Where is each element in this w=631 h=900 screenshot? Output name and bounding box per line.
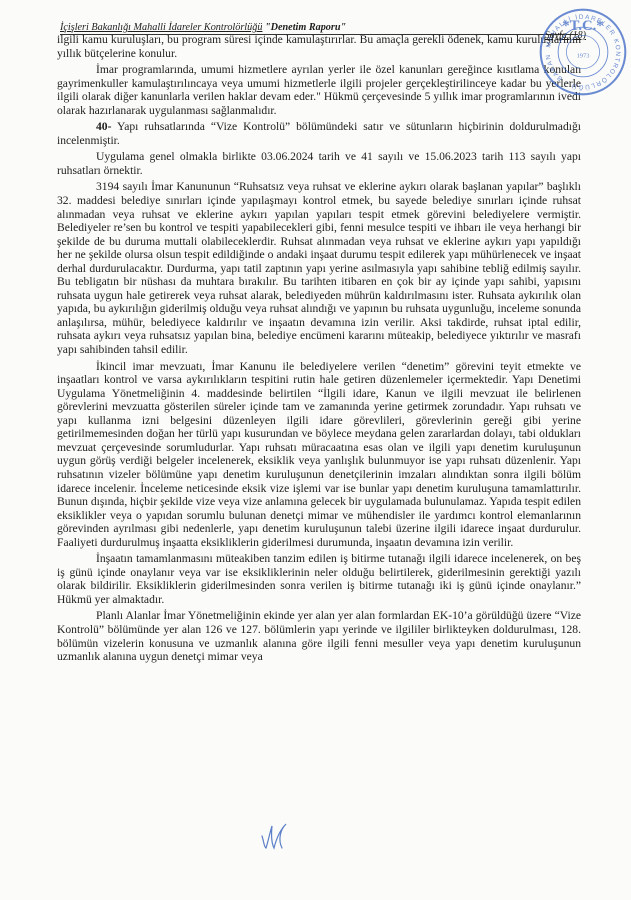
paragraph: İmar programlarında, umumi hizmetlere ay… bbox=[57, 63, 581, 117]
paragraph: ilgili kamu kuruluşları, bu program süre… bbox=[57, 33, 581, 60]
official-stamp-icon: *T.C.* MAHALLİ İDARELER KONTROLÖRLÜĞÜ · … bbox=[537, 6, 629, 98]
paragraph: İnşaatın tamamlanmasını müteakiben tanzi… bbox=[57, 552, 581, 606]
item-text: Yapı ruhsatlarında “Vize Kontrolü” bölüm… bbox=[57, 120, 581, 147]
header-report-title: "Denetim Raporu" bbox=[265, 22, 346, 33]
paragraph: 3194 sayılı İmar Kanununun “Ruhsatsız ve… bbox=[57, 180, 581, 356]
signature-icon bbox=[258, 820, 298, 850]
paragraph-item-40: 40- Yapı ruhsatlarında “Vize Kontrolü” b… bbox=[57, 120, 581, 147]
paragraph: Planlı Alanlar İmar Yönetmeliğinin ekind… bbox=[57, 609, 581, 663]
item-number: 40- bbox=[96, 120, 111, 133]
document-page: İçişleri Bakanlığı Mahalli İdareler Kont… bbox=[0, 0, 631, 900]
header-ministry: İçişleri Bakanlığı Mahalli İdareler Kont… bbox=[60, 22, 262, 33]
svg-text:1973: 1973 bbox=[577, 53, 590, 60]
paragraph: İkincil imar mevzuatı, İmar Kanunu ile b… bbox=[57, 360, 581, 550]
document-body: ilgili kamu kuruluşları, bu program süre… bbox=[57, 33, 581, 664]
paragraph: Uygulama genel olmakla birlikte 03.06.20… bbox=[57, 150, 581, 177]
